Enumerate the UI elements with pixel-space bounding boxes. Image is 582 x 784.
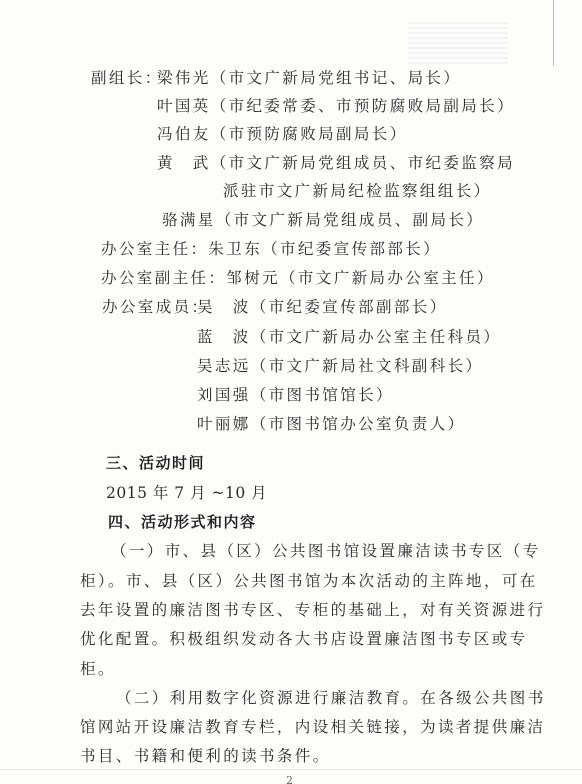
para1-line-5: 柜。 [80, 659, 116, 679]
para2-line-3: 书目、书籍和便利的读书条件。 [80, 746, 331, 766]
section3-heading: 三、活动时间 [106, 453, 205, 473]
office-deputy-director: 办公室副主任：邹树元（市文广新局办公室主任） [101, 268, 495, 288]
section3-date: 2015 年 7 月 ~10 月 [106, 483, 267, 503]
office-member-4: 刘国强（市图书馆馆长） [197, 385, 394, 405]
para1-line-1: （一）市、县（区）公共图书馆设置廉洁读书专区（专 [111, 541, 541, 561]
page-number: 2 [286, 774, 293, 784]
deputy-leader-5: 骆满星（市文广新局党组成员、副局长） [162, 210, 484, 230]
deputy-leader-4-cont: 派驻市文广新局纪检监察组组长） [223, 181, 492, 201]
deputy-leaders-label: 副组长： [91, 68, 163, 88]
office-members-label: 办公室成员： [102, 297, 209, 317]
office-member-1: 吴 波（市纪委宣传部副部长） [197, 297, 448, 317]
office-member-5: 叶丽娜（市图书馆办公室负责人） [197, 414, 466, 434]
para1-line-4: 优化配置。积极组织发动各大书店设置廉洁图书专区或专 [80, 629, 528, 649]
document-page: 副组长： 梁伟光（市文广新局党组书记、局长） 叶国英（市纪委常委、市预防腐败局副… [0, 0, 582, 784]
deputy-leader-1: 梁伟光（市文广新局党组书记、局长） [157, 68, 461, 88]
faint-stamp [408, 20, 508, 64]
para1-line-3: 去年设置的廉洁图书专区、专柜的基础上，对有关资源进行 [80, 600, 545, 620]
office-member-3: 吴志远（市文广新局社文科副科长） [197, 356, 483, 376]
office-director: 办公室主任：朱卫东（市纪委宣传部部长） [101, 239, 441, 259]
scan-edge-line [553, 0, 554, 66]
deputy-leader-4: 黄 武（市文广新局党组成员、市纪委监察局 [157, 153, 515, 173]
section4-heading: 四、活动形式和内容 [108, 512, 257, 532]
page-bottom-divider [0, 769, 582, 770]
para2-line-1: （二）利用数字化资源进行廉洁教育。在各级公共图书 [116, 688, 546, 708]
deputy-leader-2: 叶国英（市纪委常委、市预防腐败局副局长） [157, 96, 515, 116]
deputy-leader-3: 冯伯友（市预防腐败局副局长） [157, 124, 408, 144]
para1-line-2: 柜）。市、县（区）公共图书馆为本次活动的主阵地，可在 [80, 571, 538, 591]
office-member-2: 蓝 波（市文广新局办公室主任科员） [197, 327, 501, 347]
para2-line-2: 馆网站开设廉洁教育专栏，内设相关链接，为读者提供廉洁 [80, 717, 545, 737]
